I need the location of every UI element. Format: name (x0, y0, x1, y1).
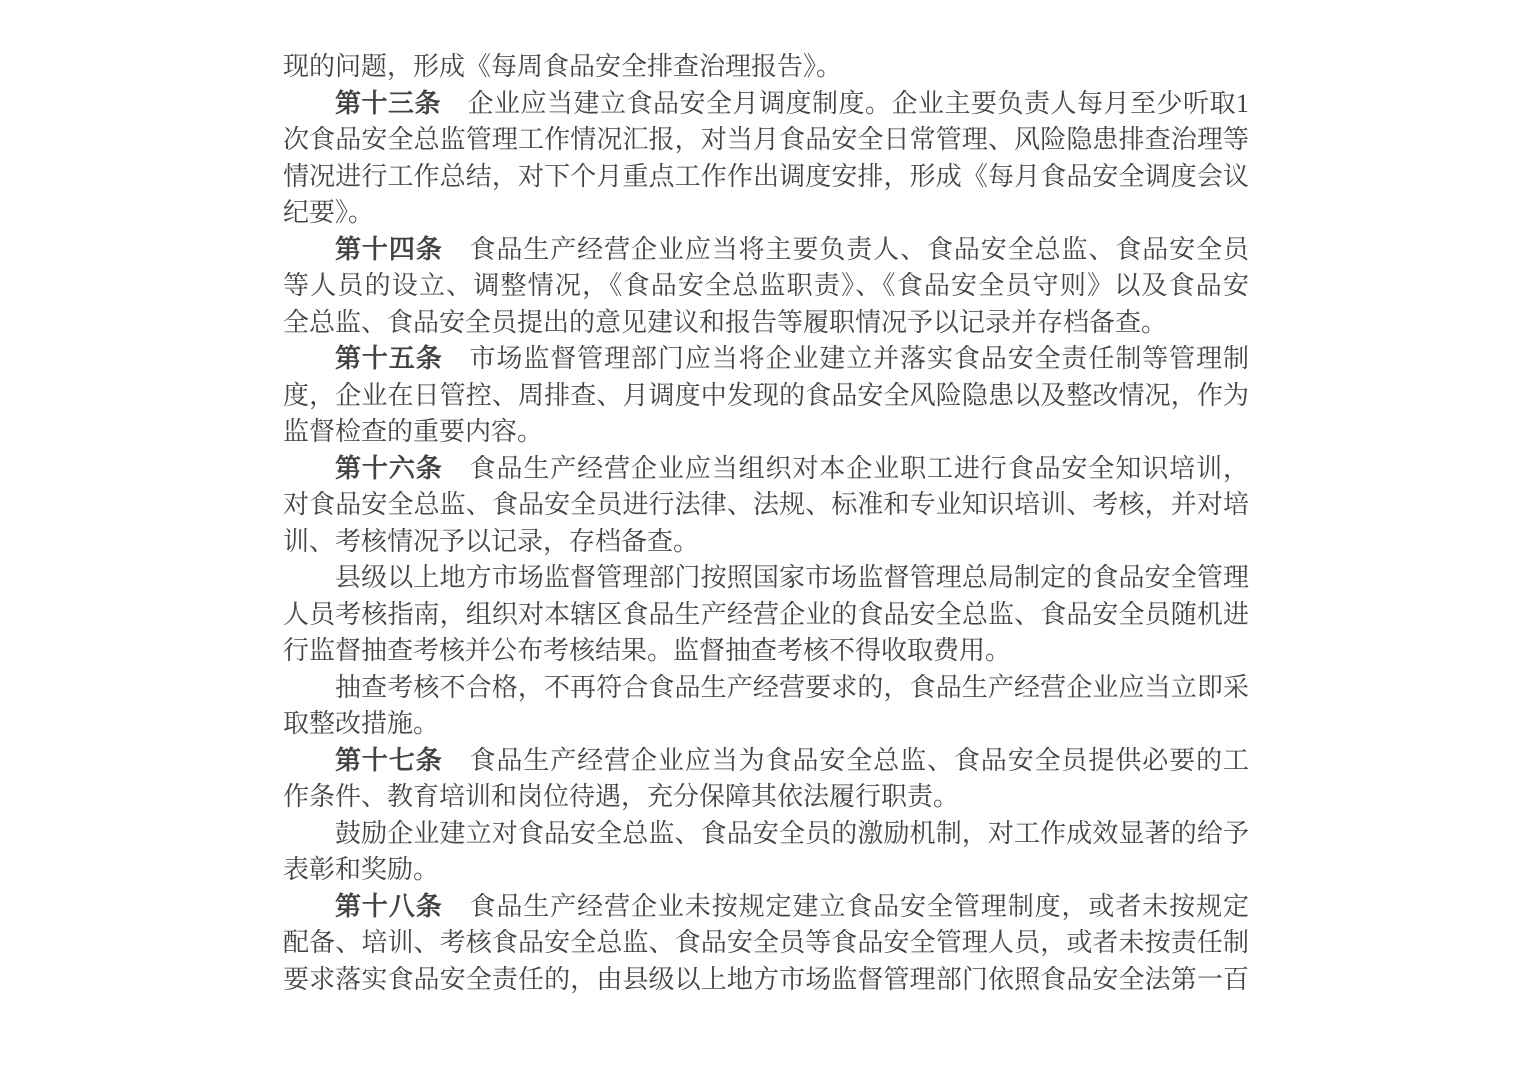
article-number: 第十三条 (335, 89, 441, 118)
text-line: 要求落实食品安全责任的，由县级以上地方市场监督管理部门依照食品安全法第一百 (283, 962, 1249, 999)
paragraph-10: 第十八条 食品生产经营企业未按规定建立食品安全管理制度，或者未按规定配备、培训、… (283, 889, 1249, 999)
text-line: 第十三条 企业应当建立食品安全月调度制度。企业主要负责人每月至少听取1 (283, 86, 1249, 123)
text-line: 行监督抽查考核并公布考核结果。监督抽查考核不得收取费用。 (283, 633, 1249, 670)
paragraph-2: 第十三条 企业应当建立食品安全月调度制度。企业主要负责人每月至少听取1次食品安全… (283, 86, 1249, 232)
text-line: 等人员的设立、调整情况，《食品安全总监职责》、《食品安全员守则》以及食品安 (283, 268, 1249, 305)
text-line: 县级以上地方市场监督管理部门按照国家市场监督管理总局制定的食品安全管理 (283, 560, 1249, 597)
text-line: 情况进行工作总结，对下个月重点工作作出调度安排，形成《每月食品安全调度会议 (283, 159, 1249, 196)
text-line: 人员考核指南，组织对本辖区食品生产经营企业的食品安全总监、食品安全员随机进 (283, 597, 1249, 634)
text-line: 取整改措施。 (283, 706, 1249, 743)
document-text-block: 现的问题，形成《每周食品安全排查治理报告》。第十三条 企业应当建立食品安全月调度… (283, 49, 1249, 998)
article-number: 第十五条 (335, 344, 443, 373)
text-line: 抽查考核不合格，不再符合食品生产经营要求的，食品生产经营企业应当立即采 (283, 670, 1249, 707)
article-number: 第十四条 (335, 235, 443, 264)
paragraph-5: 第十六条 食品生产经营企业应当组织对本企业职工进行食品安全知识培训，对食品安全总… (283, 451, 1249, 561)
text-line: 配备、培训、考核食品安全总监、食品安全员等食品安全管理人员，或者未按责任制 (283, 925, 1249, 962)
paragraph-8: 第十七条 食品生产经营企业应当为食品安全总监、食品安全员提供必要的工作条件、教育… (283, 743, 1249, 816)
article-number: 第十六条 (335, 454, 443, 483)
article-number: 第十八条 (335, 892, 443, 921)
paragraph-3: 第十四条 食品生产经营企业应当将主要负责人、食品安全总监、食品安全员等人员的设立… (283, 232, 1249, 342)
text-line: 监督检查的重要内容。 (283, 414, 1249, 451)
text-line: 作条件、教育培训和岗位待遇，充分保障其依法履行职责。 (283, 779, 1249, 816)
text-line: 次食品安全总监管理工作情况汇报，对当月食品安全日常管理、风险隐患排查治理等 (283, 122, 1249, 159)
document-page: 现的问题，形成《每周食品安全排查治理报告》。第十三条 企业应当建立食品安全月调度… (0, 0, 1520, 1074)
paragraph-1: 现的问题，形成《每周食品安全排查治理报告》。 (283, 49, 1249, 86)
text-line: 第十六条 食品生产经营企业应当组织对本企业职工进行食品安全知识培训， (283, 451, 1249, 488)
paragraph-4: 第十五条 市场监督管理部门应当将企业建立并落实食品安全责任制等管理制度，企业在日… (283, 341, 1249, 451)
text-line: 对食品安全总监、食品安全员进行法律、法规、标准和专业知识培训、考核，并对培 (283, 487, 1249, 524)
text-line: 第十四条 食品生产经营企业应当将主要负责人、食品安全总监、食品安全员 (283, 232, 1249, 269)
text-line: 表彰和奖励。 (283, 852, 1249, 889)
paragraph-6: 县级以上地方市场监督管理部门按照国家市场监督管理总局制定的食品安全管理人员考核指… (283, 560, 1249, 670)
text-line: 纪要》。 (283, 195, 1249, 232)
text-line: 第十八条 食品生产经营企业未按规定建立食品安全管理制度，或者未按规定 (283, 889, 1249, 926)
text-line: 训、考核情况予以记录，存档备查。 (283, 524, 1249, 561)
text-line: 现的问题，形成《每周食品安全排查治理报告》。 (283, 49, 1249, 86)
text-line: 度，企业在日管控、周排查、月调度中发现的食品安全风险隐患以及整改情况，作为 (283, 378, 1249, 415)
text-line: 鼓励企业建立对食品安全总监、食品安全员的激励机制，对工作成效显著的给予 (283, 816, 1249, 853)
text-line: 第十七条 食品生产经营企业应当为食品安全总监、食品安全员提供必要的工 (283, 743, 1249, 780)
article-number: 第十七条 (335, 746, 443, 775)
paragraph-9: 鼓励企业建立对食品安全总监、食品安全员的激励机制，对工作成效显著的给予表彰和奖励… (283, 816, 1249, 889)
text-line: 全总监、食品安全员提出的意见建议和报告等履职情况予以记录并存档备查。 (283, 305, 1249, 342)
text-line: 第十五条 市场监督管理部门应当将企业建立并落实食品安全责任制等管理制 (283, 341, 1249, 378)
paragraph-7: 抽查考核不合格，不再符合食品生产经营要求的，食品生产经营企业应当立即采取整改措施… (283, 670, 1249, 743)
